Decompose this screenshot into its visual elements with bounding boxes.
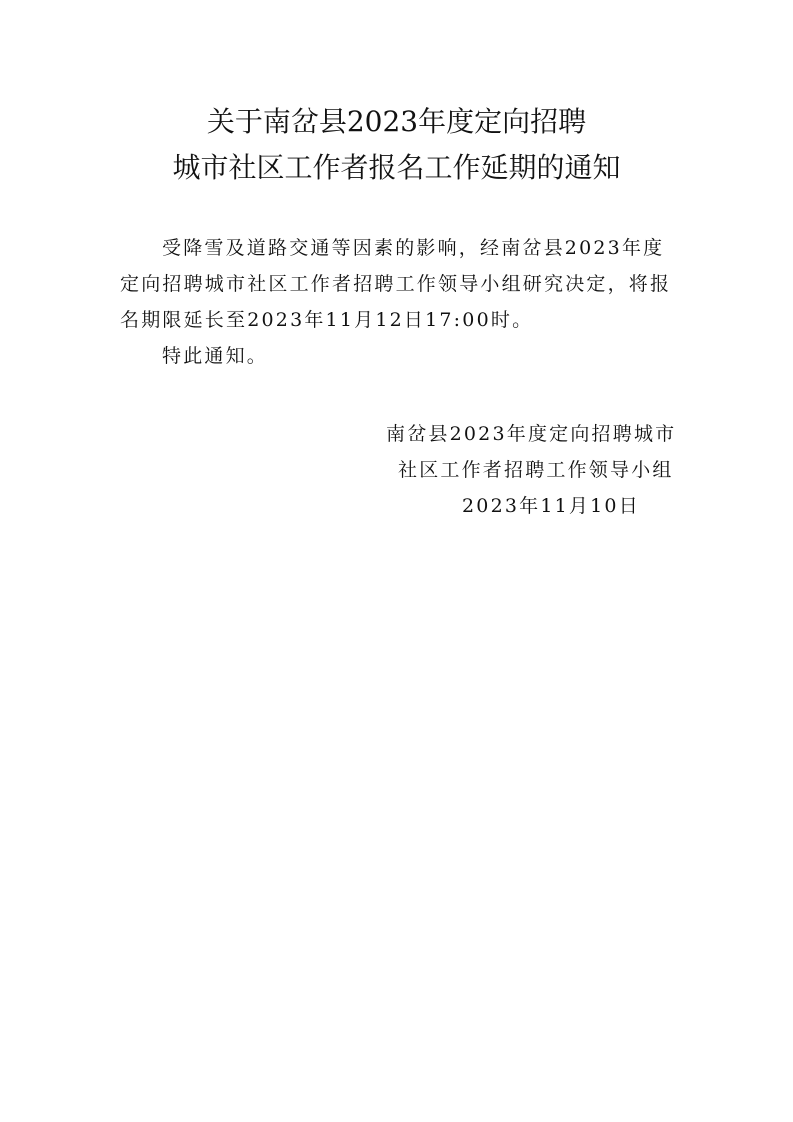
signature-line-2: 社区工作者招聘工作领导小组 (398, 455, 674, 482)
signature-date: 2023年11月10日 (462, 491, 640, 518)
body-line-1: 受降雪及道路交通等因素的影响，经南岔县2023年度 (120, 230, 690, 266)
document-title-line-1: 关于南岔县2023年度定向招聘 (0, 100, 793, 140)
body-paragraph: 受降雪及道路交通等因素的影响，经南岔县2023年度 定向招聘城市社区工作者招聘工… (120, 230, 690, 338)
signature-line-1: 南岔县2023年度定向招聘城市 (386, 419, 676, 446)
document-title-line-2: 城市社区工作者报名工作延期的通知 (0, 146, 793, 186)
body-line-3: 名期限延长至2023年11月12日17:00时。 (120, 302, 690, 338)
closing-text: 特此通知。 (120, 338, 690, 374)
body-line-2: 定向招聘城市社区工作者招聘工作领导小组研究决定，将报 (120, 266, 690, 302)
closing-paragraph: 特此通知。 (120, 338, 690, 374)
